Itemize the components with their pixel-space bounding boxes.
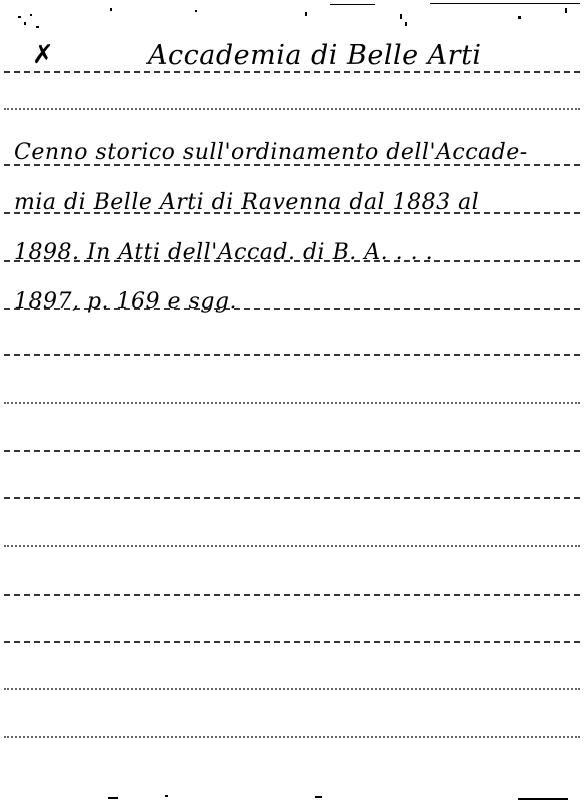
scan-speck [24,22,26,25]
ruled-line [4,594,580,596]
scan-speck [430,3,580,4]
scan-speck [315,796,322,798]
scan-speck [165,795,168,797]
body-line: Cenno storico sull'ordinamento dell'Acca… [14,140,528,165]
scan-speck [18,16,21,18]
ruled-line [4,354,580,356]
ruled-line [4,688,580,690]
ruled-line [4,641,580,643]
scan-speck [330,4,375,5]
ruled-line [4,497,580,499]
ruled-line [4,164,580,166]
ruled-line [4,71,580,73]
body-line: 1897, p. 169 e sgg. [14,289,237,314]
scan-speck [36,26,39,28]
scan-speck [108,797,118,799]
ruled-line [4,450,580,452]
check-mark-icon: ✗ [32,40,54,70]
scan-speck [305,12,307,16]
scan-speck [400,14,402,19]
scan-speck [405,22,407,26]
ruled-line [4,212,580,214]
card-heading: Accademia di Belle Arti [148,40,482,71]
ruled-line [4,108,580,110]
ruled-line [4,545,580,547]
scan-speck [110,8,112,11]
scan-speck [518,16,521,19]
scan-speck [30,14,32,16]
ruled-line [4,736,580,738]
scan-speck [565,8,567,13]
catalog-card: ✗ Accademia di Belle Arti Cenno storico … [0,0,584,800]
ruled-line [4,308,580,310]
ruled-line [4,260,580,262]
ruled-line [4,402,580,404]
scan-speck [195,10,197,12]
